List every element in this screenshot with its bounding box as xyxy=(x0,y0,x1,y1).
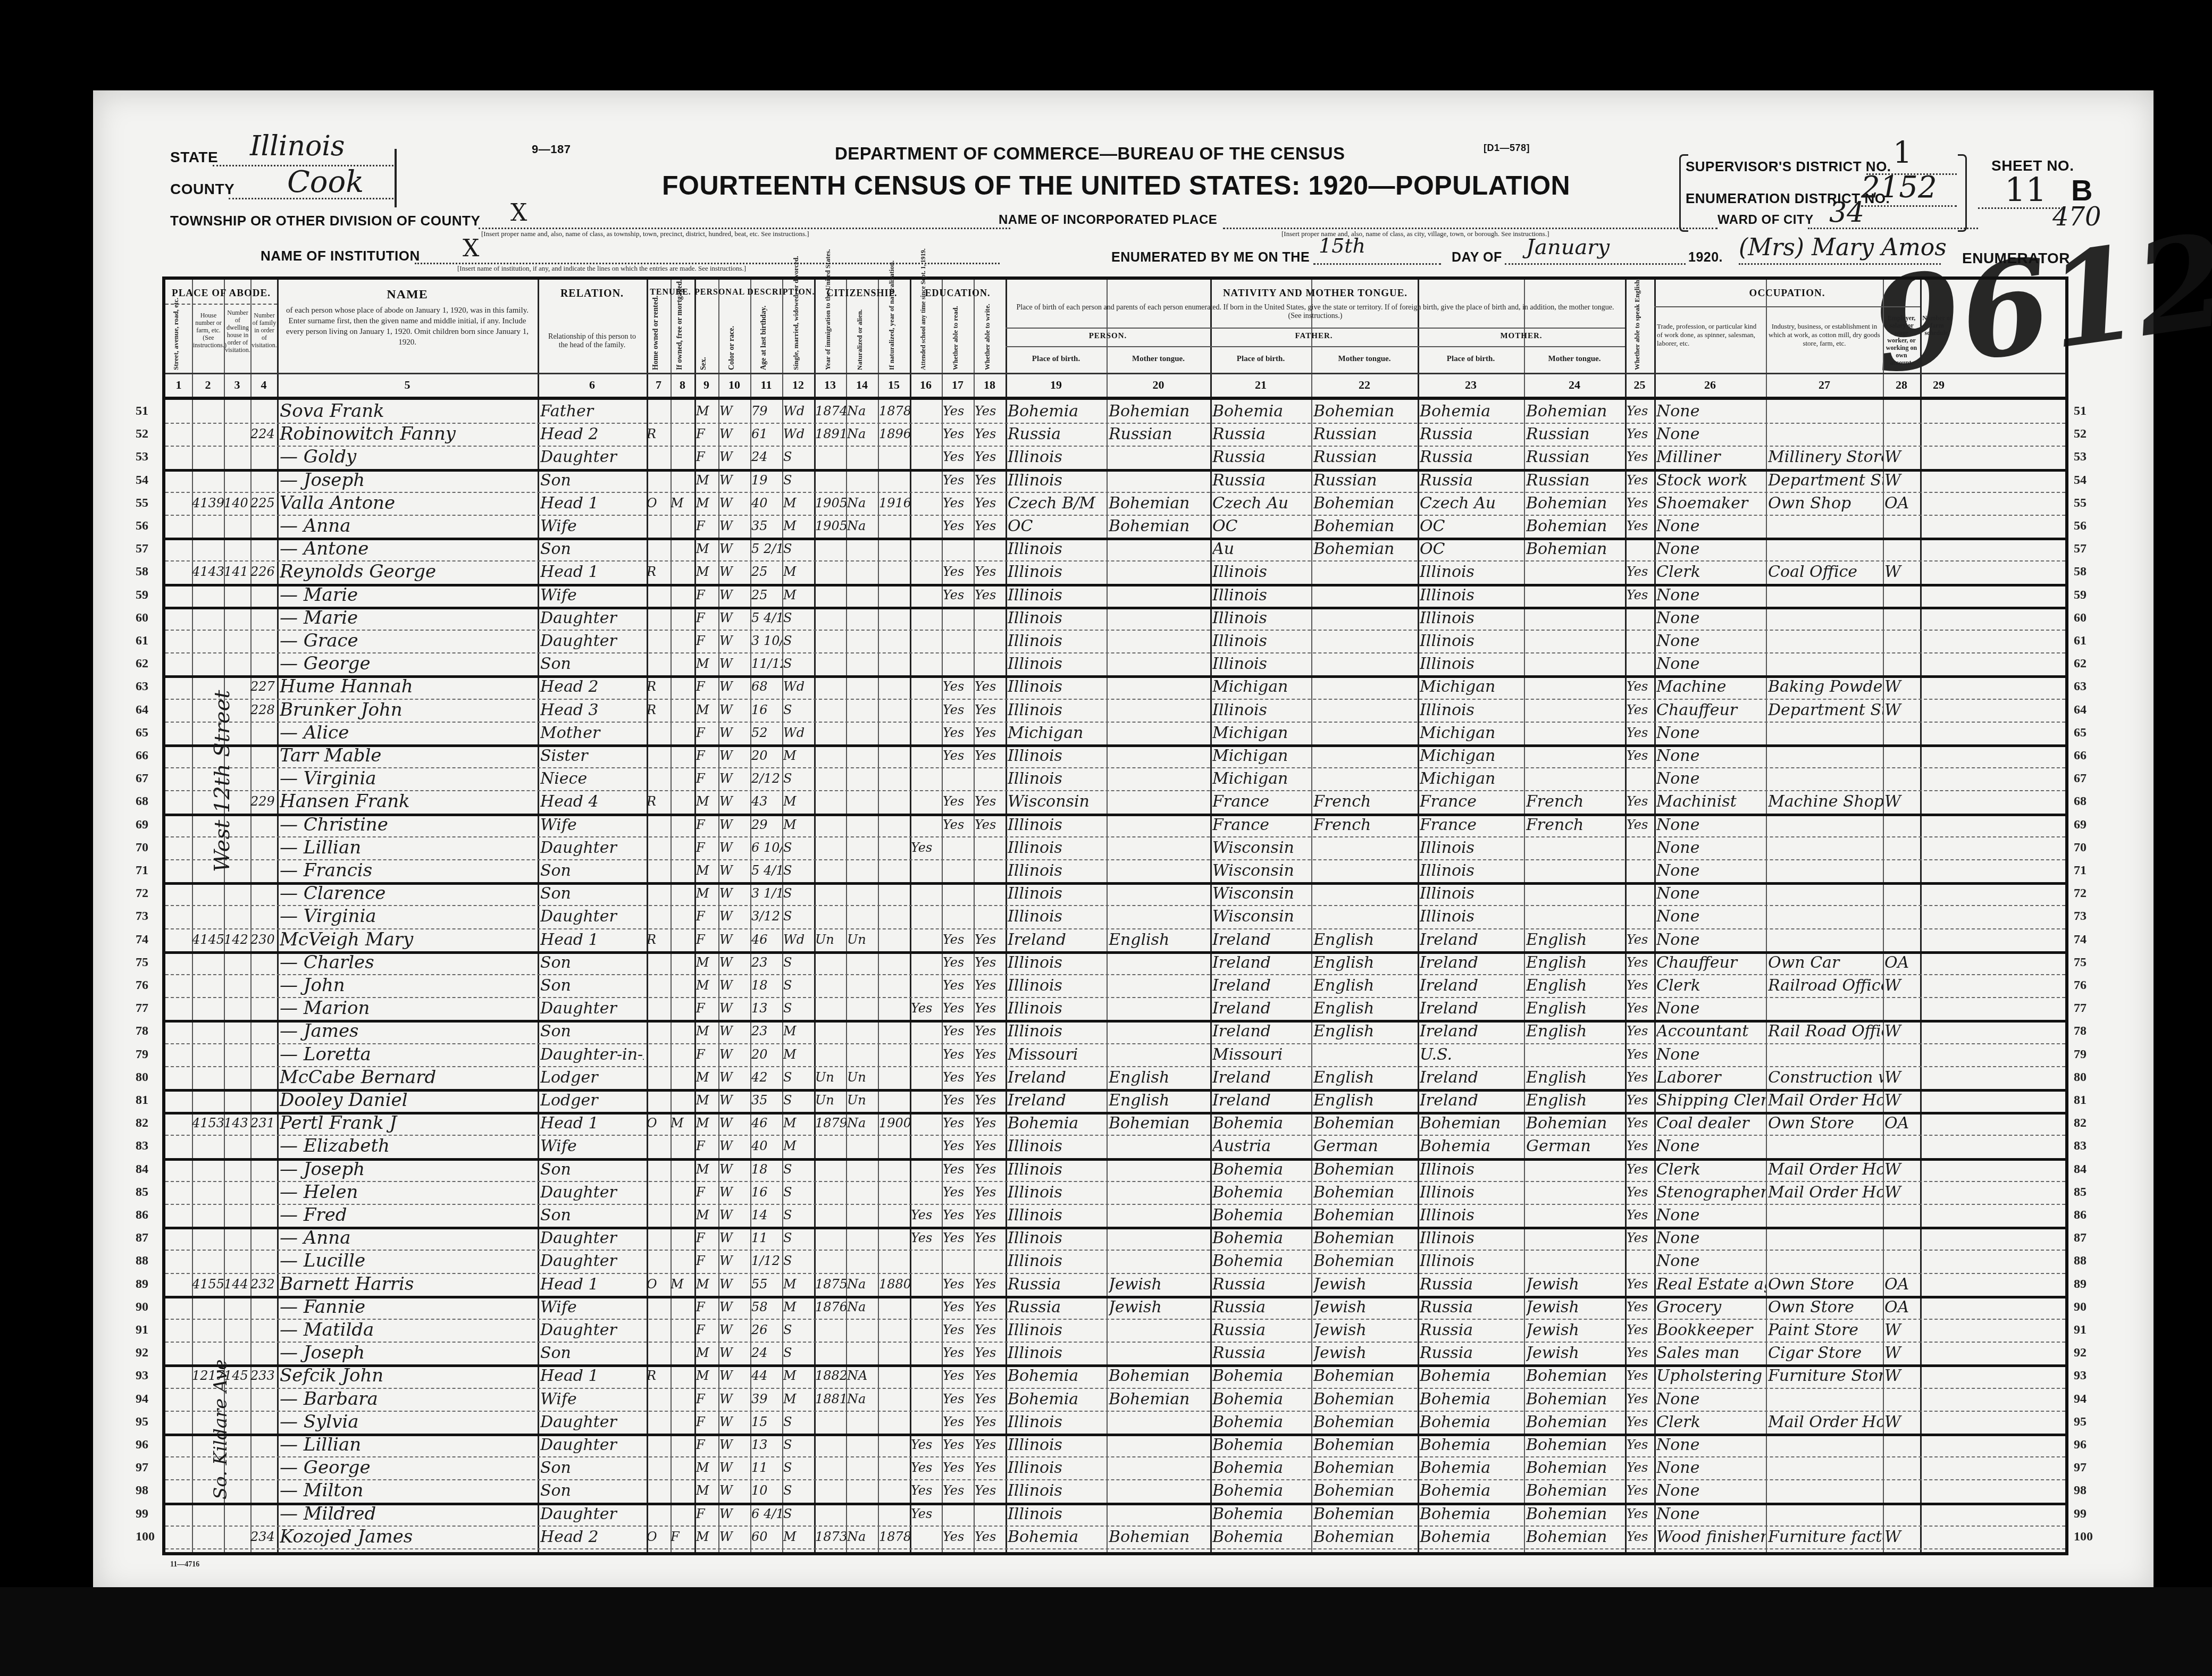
mother-mother-tongue-cell: German xyxy=(1526,1135,1625,1158)
attended-school-cell: Yes xyxy=(911,1227,942,1250)
able-to-write-cell: Yes xyxy=(975,974,1006,997)
column-number: 23 xyxy=(1418,378,1524,392)
father-birthplace-cell: Illinois xyxy=(1212,607,1311,630)
line-number: 52 xyxy=(2074,423,2087,446)
mother-birthplace-cell: Bohemia xyxy=(1420,1479,1524,1502)
supervisor-district-label: SUPERVISOR'S DISTRICT NO. xyxy=(1686,158,1891,175)
birthplace-cell: Illinois xyxy=(1008,905,1107,928)
relation-cell: Daughter xyxy=(540,446,644,468)
age-cell: 44 xyxy=(751,1364,782,1387)
father-birthplace-cell: Ireland xyxy=(1212,1089,1311,1112)
father-mother-tongue-cell: Bohemian xyxy=(1313,1434,1418,1456)
industry-cell: Own Store xyxy=(1768,1296,1883,1319)
mother-mother-tongue-cell: Bohemian xyxy=(1526,1411,1625,1434)
table-row: — MarieWifeFW25MYesYesIllinoisIllinoisIl… xyxy=(165,584,2065,607)
table-row: — CharlesSonMW23SYesYesIllinoisIrelandEn… xyxy=(165,951,2065,974)
line-number: 89 xyxy=(2074,1273,2087,1296)
line-number: 94 xyxy=(2074,1388,2087,1411)
employer-class-cell: W xyxy=(1884,1089,1920,1112)
column-number: 19 xyxy=(1006,378,1107,392)
family-number-cell: 229 xyxy=(250,790,277,813)
line-number: 82 xyxy=(136,1112,148,1135)
column-number: 6 xyxy=(538,378,647,392)
sex-cell: M xyxy=(696,1066,718,1089)
family-number-cell: 228 xyxy=(250,699,277,722)
line-number: 97 xyxy=(2074,1456,2087,1479)
able-to-read-cell: Yes xyxy=(943,1411,974,1434)
father-mother-tongue-cell: English xyxy=(1313,1066,1418,1089)
line-number: 85 xyxy=(136,1181,148,1204)
enumeration-district-underline xyxy=(1861,205,1957,207)
father-mother-tongue-cell: English xyxy=(1313,951,1418,974)
able-to-read-cell: Yes xyxy=(943,1479,974,1502)
birthplace-cell: Illinois xyxy=(1008,1227,1107,1250)
race-cell: W xyxy=(719,1503,750,1526)
trade-profession-cell: Shoemaker xyxy=(1656,492,1766,515)
able-to-read-cell: Yes xyxy=(943,1364,974,1387)
trade-profession-cell: None xyxy=(1656,722,1766,744)
marital-status-cell: S xyxy=(783,836,814,859)
immigration-year-cell: 1876 xyxy=(815,1296,846,1319)
able-to-read-cell: Yes xyxy=(943,423,974,446)
line-number: 78 xyxy=(136,1020,148,1043)
table-row: — SylviaDaughterFW15SYesYesIllinoisBohem… xyxy=(165,1411,2065,1434)
person-name-cell: — Virginia xyxy=(280,767,538,790)
industry-cell: Machine Shop xyxy=(1768,790,1883,813)
birthplace-cell: Illinois xyxy=(1008,997,1107,1020)
age-cell: 46 xyxy=(751,928,782,951)
sex-cell: F xyxy=(696,744,718,767)
employer-class-cell: W xyxy=(1884,469,1920,492)
form-code: [D1—578] xyxy=(1484,143,1530,154)
immigration-year-cell: 1882 xyxy=(815,1364,846,1387)
marital-status-cell: M xyxy=(783,1388,814,1411)
immigration-year-cell: 1881 xyxy=(815,1388,846,1411)
birthplace-cell: Illinois xyxy=(1008,951,1107,974)
father-mother-tongue-cell: Russian xyxy=(1313,446,1418,468)
line-number: 88 xyxy=(136,1250,148,1272)
person-name-cell: — Matilda xyxy=(280,1319,538,1342)
house-number-cell: 4153 xyxy=(192,1112,224,1135)
mother-birthplace-cell: Illinois xyxy=(1420,1227,1524,1250)
table-row: — MarieDaughterFW5 4/12SIllinoisIllinois… xyxy=(165,607,2065,630)
mother-birthplace-cell: Russia xyxy=(1420,1342,1524,1364)
able-to-write-cell: Yes xyxy=(975,1273,1006,1296)
able-to-read-cell: Yes xyxy=(943,1112,974,1135)
father-mother-tongue-cell: Bohemian xyxy=(1313,515,1418,538)
able-to-read-cell: Yes xyxy=(943,1456,974,1479)
relation-cell: Daughter xyxy=(540,1181,644,1204)
column-number: 13 xyxy=(814,378,846,392)
township-value: X xyxy=(510,199,527,227)
relation-cell: Son xyxy=(540,1342,644,1364)
industry-cell: Furniture factory xyxy=(1768,1526,1883,1548)
mother-birthplace-cell: U.S. xyxy=(1420,1043,1524,1066)
sex-cell: F xyxy=(696,584,718,607)
age-cell: 20 xyxy=(751,744,782,767)
relation-cell: Wife xyxy=(540,1296,644,1319)
line-number: 96 xyxy=(136,1434,148,1456)
mother-birthplace-cell: Bohemia xyxy=(1420,1526,1524,1548)
line-number: 93 xyxy=(2074,1364,2087,1387)
father-birthplace-cell: Bohemia xyxy=(1212,1411,1311,1434)
speaks-english-cell: Yes xyxy=(1627,1066,1654,1089)
birthplace-cell: Illinois xyxy=(1008,675,1107,698)
marital-status-cell: S xyxy=(783,951,814,974)
relation-cell: Daughter xyxy=(540,997,644,1020)
table-row: — GeorgeSonMW11/12SIllinoisIllinoisIllin… xyxy=(165,652,2065,675)
line-number: 65 xyxy=(2074,722,2087,744)
birthplace-cell: Illinois xyxy=(1008,1503,1107,1526)
able-to-write-cell: Yes xyxy=(975,1526,1006,1548)
trade-profession-cell: None xyxy=(1656,538,1766,560)
person-name-cell: Valla Antone xyxy=(280,492,538,515)
race-cell: W xyxy=(719,538,750,560)
home-owned-rented-cell: R xyxy=(647,928,671,951)
able-to-write-cell: Yes xyxy=(975,814,1006,836)
mother-birthplace-cell: Ireland xyxy=(1420,997,1524,1020)
sheet-side: B xyxy=(2071,173,2093,207)
table-row: — FredSonMW14SYesYesYesIllinoisBohemiaBo… xyxy=(165,1204,2065,1227)
able-to-read-cell: Yes xyxy=(943,1181,974,1204)
trade-profession-cell: None xyxy=(1656,1135,1766,1158)
person-name-cell: — Christine xyxy=(280,814,538,836)
marital-status-cell: M xyxy=(783,515,814,538)
table-row: — VirginiaNieceFW2/12SIllinoisMichiganMi… xyxy=(165,767,2065,790)
line-number: 77 xyxy=(136,997,148,1020)
able-to-write-cell: Yes xyxy=(975,1181,1006,1204)
relation-cell: Daughter xyxy=(540,836,644,859)
mother-birthplace-cell: Illinois xyxy=(1420,607,1524,630)
line-number: 76 xyxy=(2074,974,2087,997)
speaks-english-cell: Yes xyxy=(1627,1456,1654,1479)
column-number: 12 xyxy=(782,378,814,392)
birthplace-cell: Illinois xyxy=(1008,836,1107,859)
relation-cell: Daughter xyxy=(540,1503,644,1526)
line-number: 81 xyxy=(2074,1089,2087,1112)
naturalized-status-cell: Na xyxy=(847,515,878,538)
age-cell: 11 xyxy=(751,1456,782,1479)
trade-profession-cell: None xyxy=(1656,928,1766,951)
birthplace-cell: Illinois xyxy=(1008,882,1107,905)
employer-class-cell: W xyxy=(1884,1066,1920,1089)
father-mother-tongue-cell: Jewish xyxy=(1313,1319,1418,1342)
table-row: — HelenDaughterFW16SYesYesIllinoisBohemi… xyxy=(165,1181,2065,1204)
mother-birthplace-cell: Illinois xyxy=(1420,882,1524,905)
line-number: 70 xyxy=(2074,836,2087,859)
father-birthplace-cell: Au xyxy=(1212,538,1311,560)
sex-cell: F xyxy=(696,1250,718,1272)
industry-cell: Construction work xyxy=(1768,1066,1883,1089)
marital-status-cell: M xyxy=(783,492,814,515)
immigration-year-cell: Un xyxy=(815,928,846,951)
birthplace-cell: Bohemia xyxy=(1008,400,1107,423)
relation-cell: Wife xyxy=(540,515,644,538)
father-mother-tongue-cell: Russian xyxy=(1313,469,1418,492)
col9-desc: Sex. xyxy=(700,306,708,370)
race-cell: W xyxy=(719,790,750,813)
able-to-write-cell: Yes xyxy=(975,515,1006,538)
race-cell: W xyxy=(719,699,750,722)
father-birthplace-cell: Wisconsin xyxy=(1212,905,1311,928)
occupation-sub-rule xyxy=(1654,306,1920,307)
able-to-read-cell: Yes xyxy=(943,1296,974,1319)
home-owned-rented-cell: R xyxy=(647,1364,671,1387)
able-to-read-cell: Yes xyxy=(943,675,974,698)
able-to-read-cell: Yes xyxy=(943,699,974,722)
age-cell: 18 xyxy=(751,1158,782,1181)
employer-class-cell: W xyxy=(1884,1158,1920,1181)
relation-cell: Daughter xyxy=(540,630,644,652)
line-number: 67 xyxy=(2074,767,2087,790)
mother-mother-tongue-cell: English xyxy=(1526,974,1625,997)
line-number: 52 xyxy=(136,423,148,446)
table-row: — FannieWifeFW58M1876NaYesYesRussiaJewis… xyxy=(165,1296,2065,1319)
column-number: 2 xyxy=(192,378,224,392)
relation-cell: Head 1 xyxy=(540,1112,644,1135)
col27-desc: Industry, business, or establishment in … xyxy=(1769,322,1880,348)
speaks-english-cell: Yes xyxy=(1627,814,1654,836)
father-birthplace-cell: Bohemia xyxy=(1212,1204,1311,1227)
trade-profession-cell: Stock work xyxy=(1656,469,1766,492)
sex-cell: M xyxy=(696,492,718,515)
industry-cell: Paint Store xyxy=(1768,1319,1883,1342)
person-name-cell: — Lillian xyxy=(280,1434,538,1456)
group-father: FATHER. xyxy=(1210,332,1418,341)
col26-desc: Trade, profession, or particular kind of… xyxy=(1657,322,1763,348)
state-value: Illinois xyxy=(250,130,345,162)
table-row: — LillianDaughterFW6 10/12SYesIllinoisWi… xyxy=(165,836,2065,859)
immigration-year-cell: 1879 xyxy=(815,1112,846,1135)
father-mother-tongue-cell: English xyxy=(1313,997,1418,1020)
race-cell: W xyxy=(719,423,750,446)
race-cell: W xyxy=(719,997,750,1020)
family-number-cell: 233 xyxy=(250,1364,277,1387)
relation-cell: Son xyxy=(540,882,644,905)
trade-profession-cell: None xyxy=(1656,607,1766,630)
relation-cell: Son xyxy=(540,538,644,560)
father-birthplace-cell: Missouri xyxy=(1212,1043,1311,1066)
father-birthplace-cell: Illinois xyxy=(1212,699,1311,722)
state-county-bracket xyxy=(395,149,397,207)
immigration-year-cell: 1874 xyxy=(815,400,846,423)
industry-cell: Mail Order House xyxy=(1768,1089,1883,1112)
person-name-cell: McCabe Bernard xyxy=(280,1066,538,1089)
col11-desc: Age at last birthday. xyxy=(760,306,768,370)
age-cell: 11/12 xyxy=(751,652,782,675)
immigration-year-cell: 1873 xyxy=(815,1526,846,1548)
relation-cell: Son xyxy=(540,1456,644,1479)
mother-birthplace-cell: Illinois xyxy=(1420,859,1524,882)
col14-desc: Naturalized or alien. xyxy=(856,306,864,370)
birthplace-cell: Wisconsin xyxy=(1008,790,1107,813)
birthplace-cell: Illinois xyxy=(1008,1342,1107,1364)
person-name-cell: — Joseph xyxy=(280,1342,538,1364)
race-cell: W xyxy=(719,630,750,652)
speaks-english-cell: Yes xyxy=(1627,515,1654,538)
race-cell: W xyxy=(719,928,750,951)
father-birthplace-cell: Bohemia xyxy=(1212,1364,1311,1387)
naturalized-status-cell: Un xyxy=(847,1066,878,1089)
age-cell: 46 xyxy=(751,1112,782,1135)
sex-cell: F xyxy=(696,423,718,446)
dwelling-number-cell: 142 xyxy=(224,928,250,951)
race-cell: W xyxy=(719,652,750,675)
line-number: 74 xyxy=(136,928,148,951)
person-name-cell: — Marion xyxy=(280,997,538,1020)
age-cell: 25 xyxy=(751,584,782,607)
father-birthplace-cell: OC xyxy=(1212,515,1311,538)
marital-status-cell: S xyxy=(783,652,814,675)
able-to-write-cell: Yes xyxy=(975,722,1006,744)
age-cell: 79 xyxy=(751,400,782,423)
age-cell: 24 xyxy=(751,446,782,468)
person-name-cell: — Grace xyxy=(280,630,538,652)
mother-birthplace-cell: Illinois xyxy=(1420,1158,1524,1181)
mother-tongue-cell: English xyxy=(1109,1066,1210,1089)
col19-desc: Place of birth. xyxy=(1006,354,1107,364)
incorporated-place-label: NAME OF INCORPORATED PLACE xyxy=(999,213,1217,228)
age-cell: 55 xyxy=(751,1273,782,1296)
trade-profession-cell: None xyxy=(1656,1043,1766,1066)
birthplace-cell: Illinois xyxy=(1008,446,1107,468)
age-cell: 10 xyxy=(751,1479,782,1502)
relation-cell: Son xyxy=(540,469,644,492)
trade-profession-cell: None xyxy=(1656,584,1766,607)
line-number: 95 xyxy=(2074,1411,2087,1434)
institution-label: NAME OF INSTITUTION xyxy=(261,248,420,264)
birthplace-cell: Russia xyxy=(1008,1273,1107,1296)
table-row: — GeorgeSonMW11SYesYesYesIllinoisBohemia… xyxy=(165,1456,2065,1479)
table-row: 1217145233Sefcik JohnHead 1RMW44M1882NAY… xyxy=(165,1364,2065,1387)
birthplace-cell: Illinois xyxy=(1008,744,1107,767)
table-row: — ChristineWifeFW29MYesYesIllinoisFrance… xyxy=(165,814,2065,836)
age-cell: 39 xyxy=(751,1388,782,1411)
mother-birthplace-cell: Bohemia xyxy=(1420,1456,1524,1479)
age-cell: 29 xyxy=(751,814,782,836)
relation-cell: Head 4 xyxy=(540,790,644,813)
township-note: [Insert proper name and, also, name of c… xyxy=(481,230,809,238)
able-to-read-cell: Yes xyxy=(943,400,974,423)
sex-cell: F xyxy=(696,630,718,652)
age-cell: 16 xyxy=(751,699,782,722)
birthplace-cell: Illinois xyxy=(1008,630,1107,652)
column-number: 11 xyxy=(750,378,782,392)
age-cell: 18 xyxy=(751,974,782,997)
industry-cell: Railroad Office xyxy=(1768,974,1883,997)
able-to-read-cell: Yes xyxy=(943,1066,974,1089)
father-birthplace-cell: Bohemia xyxy=(1212,1503,1311,1526)
line-number: 80 xyxy=(136,1066,148,1089)
marital-status-cell: S xyxy=(783,1066,814,1089)
race-cell: W xyxy=(719,400,750,423)
age-cell: 23 xyxy=(751,951,782,974)
marital-status-cell: S xyxy=(783,469,814,492)
able-to-write-cell: Yes xyxy=(975,1020,1006,1043)
person-name-cell: — George xyxy=(280,1456,538,1479)
state-label: STATE xyxy=(170,149,218,166)
father-birthplace-cell: Russia xyxy=(1212,469,1311,492)
line-number: 85 xyxy=(2074,1181,2087,1204)
mother-mother-tongue-cell: Bohemian xyxy=(1526,1526,1625,1548)
marital-status-cell: M xyxy=(783,1526,814,1548)
mother-birthplace-cell: Michigan xyxy=(1420,767,1524,790)
mother-birthplace-cell: Russia xyxy=(1420,469,1524,492)
mother-tongue-cell: Bohemian xyxy=(1109,400,1210,423)
enumeration-district-label: ENUMERATION DISTRICT NO. xyxy=(1686,190,1890,207)
table-row: — AliceMotherFW52WdYesYesMichiganMichiga… xyxy=(165,722,2065,744)
able-to-write-cell: Yes xyxy=(975,446,1006,468)
speaks-english-cell: Yes xyxy=(1627,675,1654,698)
line-number: 65 xyxy=(136,722,148,744)
age-cell: 52 xyxy=(751,722,782,744)
race-cell: W xyxy=(719,1388,750,1411)
line-number: 62 xyxy=(2074,652,2087,675)
table-row: — FrancisSonMW5 4/12SIllinoisWisconsinIl… xyxy=(165,859,2065,882)
birthplace-cell: Illinois xyxy=(1008,538,1107,560)
line-number: 97 xyxy=(136,1456,148,1479)
father-mother-tongue-cell: Jewish xyxy=(1313,1342,1418,1364)
trade-profession-cell: None xyxy=(1656,1503,1766,1526)
race-cell: W xyxy=(719,974,750,997)
mother-birthplace-cell: Ireland xyxy=(1420,951,1524,974)
person-name-cell: — Sylvia xyxy=(280,1411,538,1434)
home-owned-rented-cell: R xyxy=(647,560,671,583)
mother-mother-tongue-cell: Bohemian xyxy=(1526,515,1625,538)
able-to-write-cell: Yes xyxy=(975,1227,1006,1250)
industry-cell: Furniture Store xyxy=(1768,1364,1883,1387)
employer-class-cell: OA xyxy=(1884,1273,1920,1296)
mother-mother-tongue-cell: Bohemian xyxy=(1526,492,1625,515)
column-number: 15 xyxy=(878,378,910,392)
able-to-read-cell: Yes xyxy=(943,1158,974,1181)
speaks-english-cell: Yes xyxy=(1627,1411,1654,1434)
line-number: 83 xyxy=(2074,1135,2087,1158)
mother-tongue-cell: Bohemian xyxy=(1109,1388,1210,1411)
able-to-read-cell: Yes xyxy=(943,1020,974,1043)
col18-desc: Whether able to write. xyxy=(983,306,992,370)
marital-status-cell: M xyxy=(783,814,814,836)
able-to-read-cell: Yes xyxy=(943,722,974,744)
person-name-cell: — Lucille xyxy=(280,1250,538,1272)
person-name-cell: — Anna xyxy=(280,515,538,538)
trade-profession-cell: Shipping Clerk xyxy=(1656,1089,1766,1112)
table-row: — GraceDaughterFW3 10/12SIllinoisIllinoi… xyxy=(165,630,2065,652)
home-owned-rented-cell: R xyxy=(647,699,671,722)
father-birthplace-cell: Bohemia xyxy=(1212,1227,1311,1250)
sex-cell: F xyxy=(696,905,718,928)
trade-profession-cell: Machine xyxy=(1656,675,1766,698)
age-cell: 35 xyxy=(751,1089,782,1112)
table-row: — JosephSonMW18SYesYesIllinoisBohemiaBoh… xyxy=(165,1158,2065,1181)
speaks-english-cell: Yes xyxy=(1627,1089,1654,1112)
sex-cell: M xyxy=(696,951,718,974)
person-name-cell: — Francis xyxy=(280,859,538,882)
line-number: 76 xyxy=(136,974,148,997)
marital-status-cell: S xyxy=(783,446,814,468)
speaks-english-cell: Yes xyxy=(1627,1296,1654,1319)
mother-birthplace-cell: Bohemia xyxy=(1420,1364,1524,1387)
able-to-write-cell: Yes xyxy=(975,928,1006,951)
marital-status-cell: M xyxy=(783,1112,814,1135)
sex-cell: F xyxy=(696,1503,718,1526)
race-cell: W xyxy=(719,814,750,836)
sex-cell: M xyxy=(696,974,718,997)
dwelling-number-cell: 144 xyxy=(224,1273,250,1296)
age-cell: 25 xyxy=(751,560,782,583)
free-or-mortgaged-cell: M xyxy=(671,1273,694,1296)
sex-cell: F xyxy=(696,1227,718,1250)
